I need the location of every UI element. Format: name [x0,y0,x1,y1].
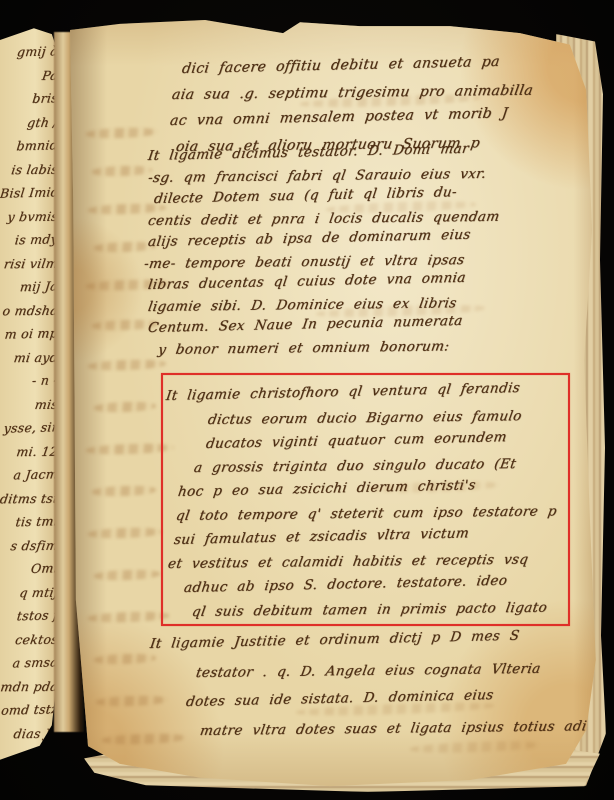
ink-showthrough [92,165,152,177]
ink-showthrough [88,527,162,540]
handwritten-fragment: mdn pda [0,674,60,698]
manuscript-paragraph-2: It ligamie dicimus testator. D. Domi mar… [148,146,499,361]
handwritten-fragment: cektos [0,627,60,651]
handwritten-fragment: tstos f [0,603,59,628]
manuscript-page: dici facere offitiu debitu et ansueta pa… [70,20,600,790]
manuscript-paragraph-3-highlighted: It ligamie christofhoro ql ventura ql fe… [166,384,557,624]
handwritten-fragment: bmnid [0,133,59,158]
handwritten-fragment: risi vilm [0,251,60,275]
handwritten-line: ql suis debitum tamen in primis pacto li… [190,596,559,625]
handwritten-line: matre vltra dotes suas et ligata ipsius … [198,712,607,746]
handwritten-line: It ligamie christofhoro ql ventura ql fe… [164,375,558,408]
ink-showthrough [94,569,160,581]
handwritten-fragment: gth / [0,110,60,134]
ink-showthrough [86,442,174,455]
manuscript-photo: gmij à Pa bris gth / bmnid is labis Bisl… [0,0,614,800]
handwritten-fragment: m oi mp [0,321,59,346]
handwritten-fragment: o mdsha [0,298,60,322]
ink-showthrough [94,653,156,665]
ink-showthrough [92,485,156,497]
handwritten-fragment: s dsfim [0,533,60,557]
handwritten-fragment: a Jacm [0,462,59,487]
handwritten-fragment: is labis [0,157,60,181]
handwritten-line: y bonor numeri et omnium bonorum: [156,335,501,361]
handwritten-fragment: bris [0,86,59,111]
handwritten-fragment: ysse, sir [0,415,59,440]
manuscript-paragraph-4: It ligamie Justitie et ordinum dictj p D… [150,630,605,746]
handwritten-fragment: mi. 12 [0,439,60,463]
handwritten-fragment: a smsa [0,650,59,675]
handwritten-fragment: tis tmi [0,509,59,534]
handwritten-line: dici facere offitiu debitu et ansueta pa [180,48,534,82]
handwritten-fragment: ditms tsty [0,486,60,510]
handwritten-fragment: mi ayd [0,345,60,369]
handwritten-fragment: mij Ja [0,274,59,299]
ink-showthrough [86,127,158,140]
handwritten-fragment: Pa [0,63,60,87]
handwritten-fragment: is mdy [0,227,59,252]
handwritten-line: It ligamie Justitie et ordinum dictj p D… [148,620,607,659]
handwritten-fragment: Omi [0,556,59,581]
handwritten-fragment: dias Ja [0,721,60,745]
handwritten-fragment: - n - [0,368,59,393]
handwritten-fragment: y bvmis [0,204,60,228]
ink-showthrough [88,611,170,624]
handwritten-fragment: Bisl Imid [0,180,59,205]
handwritten-fragment: q mtij [0,580,60,604]
handwritten-fragment: gmij à [0,39,59,64]
handwritten-fragment: omd tstz [0,697,59,722]
handwritten-fragment: mis [0,392,60,416]
ink-showthrough [94,401,156,413]
